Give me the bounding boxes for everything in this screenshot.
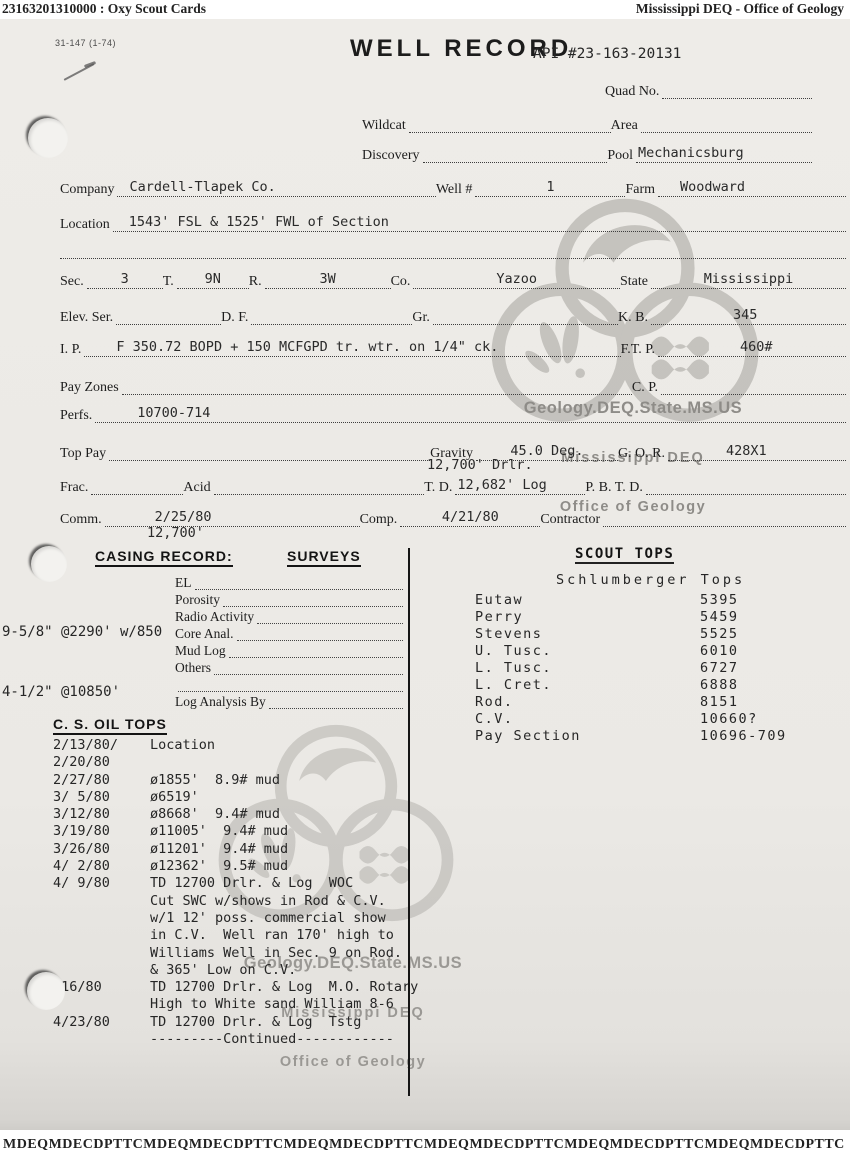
pool-label: Pool: [607, 148, 636, 163]
dotted-line: [229, 642, 403, 658]
footer-sponsor-label: MDEQ: [424, 1137, 470, 1153]
formation-depth: 6010: [700, 643, 820, 660]
survey-label: Core Anal.: [175, 627, 237, 641]
footer-sponsor-label: PTTC: [525, 1137, 564, 1153]
footer-sponsor-label: MDEQ: [704, 1137, 750, 1153]
titlebar-agency: Mississippi DEQ - Office of Geology: [636, 1, 844, 17]
dotted-line: [214, 659, 403, 675]
entry-date: 2/27/80: [53, 772, 150, 789]
entry-date: 3/ 5/80: [53, 789, 150, 806]
perfs-value: 10700-714: [137, 405, 210, 421]
dotted-line: [646, 475, 846, 495]
entry-date: 4/ 2/80: [53, 858, 150, 875]
oil-top-row: 4/ 9/80 TD 12700 Drlr. & Log WOC Cut SWC…: [53, 875, 453, 979]
frac-label: Frac.: [60, 480, 91, 495]
dotted-line: [661, 375, 846, 395]
comp-label: Comp.: [360, 512, 401, 527]
pool-value: Mechanicsburg: [638, 145, 744, 161]
formation-depth: 8151: [700, 694, 820, 711]
survey-row: Radio Activity: [175, 607, 403, 624]
dotted-line: [269, 693, 403, 709]
casing-record-heading: CASING RECORD:: [95, 548, 233, 567]
entry-date: 2/20/80: [53, 754, 150, 771]
dotted-line: [122, 375, 632, 395]
dotted-line: [251, 305, 412, 325]
dotted-line: [109, 441, 430, 461]
hole-punch: [28, 118, 68, 158]
range-label: R.: [249, 274, 265, 289]
ftp-label: F.T. P.: [621, 342, 658, 357]
formation-name: Eutaw: [475, 592, 700, 609]
scanned-scout-card-page: { "titlebar": { "left": "23163201310000 …: [0, 0, 850, 1156]
footer-sponsor-row: MDEQMDECDPTTCMDEQMDECDPTTCMDEQMDECDPTTCM…: [0, 1137, 850, 1156]
field-row-company: Company Cardell-Tlapek Co. Well # 1 Farm…: [60, 176, 846, 197]
footer-sponsor-label: MDECD: [189, 1137, 244, 1153]
survey-label: Others: [175, 661, 214, 675]
viewer-titlebar: 23163201310000 : Oxy Scout Cards Mississ…: [0, 0, 850, 19]
scout-tops-table: Eutaw 5395 Perry 5459 Stevens 5525 U. Tu…: [475, 592, 820, 745]
comm-depth-value: 12,700': [147, 525, 204, 541]
surveys-list: EL Porosity Radio Activity Core Anal. Mu…: [175, 573, 403, 709]
well-number-label: Well #: [436, 182, 476, 197]
footer-sponsor-label: MDECD: [329, 1137, 384, 1153]
footer-sponsor-label: MDEQ: [3, 1137, 49, 1153]
footer-sponsor-label: MDECD: [469, 1137, 524, 1153]
hole-punch: [31, 546, 67, 582]
survey-row: Log Analysis By: [175, 692, 403, 709]
formation-depth: 5395: [700, 592, 820, 609]
scout-top-row: Stevens 5525: [475, 626, 820, 643]
dotted-line: [257, 608, 403, 624]
dotted-line: [433, 305, 618, 325]
titlebar-card-id: 23163201310000 : Oxy Scout Cards: [2, 1, 206, 17]
field-row-perfs: Perfs. 10700-714: [60, 402, 846, 423]
dotted-line: F 350.72 BOPD + 150 MCFGPD tr. wtr. on 1…: [84, 337, 620, 357]
dotted-line: [91, 475, 183, 495]
df-label: D. F.: [221, 310, 251, 325]
dotted-line: [223, 591, 403, 607]
range-value: 3W: [265, 271, 391, 287]
survey-row: [175, 675, 403, 692]
dotted-line: 1543' FSL & 1525' FWL of Section: [113, 212, 846, 232]
oil-top-row: 3/12/80 ø8668' 9.4# mud: [53, 806, 453, 823]
dotted-line: [641, 113, 812, 133]
entry-date: 4/23/80: [53, 1014, 150, 1049]
field-row-elevation: Elev. Ser. D. F. Gr. K. B. 345: [60, 304, 846, 325]
county-label: Co.: [391, 274, 414, 289]
scout-top-row: Pay Section 10696-709: [475, 728, 820, 745]
footer-sponsor-label: MDEQ: [143, 1137, 189, 1153]
survey-label: Radio Activity: [175, 610, 257, 624]
dotted-line: [214, 475, 425, 495]
dotted-line: Mechanicsburg: [636, 143, 812, 163]
comm-label: Comm.: [60, 512, 105, 527]
farm-label: Farm: [625, 182, 658, 197]
dotted-line: Cardell-Tlapek Co.: [117, 177, 435, 197]
column-divider-line: [408, 548, 410, 1096]
field-row-comm: Comm. 2/25/80 Comp. 4/21/80 Contractor: [60, 506, 846, 527]
sec-label: Sec.: [60, 274, 87, 289]
oil-top-row: /16/80 TD 12700 Drlr. & Log M.O. Rotary …: [53, 979, 453, 1014]
location-value: 1543' FSL & 1525' FWL of Section: [129, 214, 389, 230]
formation-name: C.V.: [475, 711, 700, 728]
dotted-line: [662, 79, 812, 99]
scout-top-row: Rod. 8151: [475, 694, 820, 711]
casing-line-1: 9-5/8" @2290' w/850: [2, 621, 162, 643]
survey-row: Core Anal.: [175, 624, 403, 641]
footer-sponsor-label: MDECD: [750, 1137, 805, 1153]
state-label: State: [620, 274, 651, 289]
viewer-footerbar: MDEQMDECDPTTCMDEQMDECDPTTCMDEQMDECDPTTCM…: [0, 1130, 850, 1156]
township-label: T.: [163, 274, 177, 289]
oil-top-row: 3/19/80 ø11005' 9.4# mud: [53, 823, 453, 840]
footer-sponsor-label: MDEQ: [564, 1137, 610, 1153]
formation-depth: 5525: [700, 626, 820, 643]
acid-label: Acid: [183, 480, 213, 495]
scout-top-row: Perry 5459: [475, 609, 820, 626]
oil-top-row: 4/23/80 TD 12700 Drlr. & Log Tstg ------…: [53, 1014, 453, 1049]
discovery-label: Discovery: [362, 148, 423, 163]
field-row-frac: Frac. Acid T. D. 12,682' Log P. B. T. D.: [60, 474, 846, 495]
footer-sponsor-label: PTTC: [385, 1137, 424, 1153]
oil-top-row: 2/13/80/ Location: [53, 737, 453, 754]
td-driller-value: 12,700' Drlr.: [427, 457, 533, 473]
scout-top-row: Eutaw 5395: [475, 592, 820, 609]
dotted-line: 10700-714: [95, 403, 846, 423]
formation-name: Rod.: [475, 694, 700, 711]
scout-tops-heading: SCOUT TOPS: [575, 546, 674, 564]
td-log-value: 12,682' Log: [457, 477, 546, 493]
comp-date-value: 4/21/80: [400, 509, 540, 525]
county-value: Yazoo: [413, 271, 620, 287]
sec-value: 3: [87, 271, 163, 287]
dotted-line: [178, 676, 403, 692]
field-row-location: Location 1543' FSL & 1525' FWL of Sectio…: [60, 211, 846, 232]
field-row-wildcat-area: Wildcat Area: [362, 112, 812, 133]
formation-depth: 6888: [700, 677, 820, 694]
survey-label: EL: [175, 576, 195, 590]
gor-value: 428X1: [726, 443, 767, 459]
dotted-line: [409, 113, 611, 133]
dotted-line: 9N: [177, 269, 249, 289]
well-number-value: 1: [475, 179, 625, 195]
oil-top-row: 2/20/80: [53, 754, 453, 771]
footer-sponsor-label: PTTC: [805, 1137, 844, 1153]
field-row-discovery-pool: Discovery Pool Mechanicsburg: [362, 142, 812, 163]
footer-sponsor-label: MDECD: [49, 1137, 104, 1153]
entry-date: 4/ 9/80: [53, 875, 150, 979]
formation-name: Stevens: [475, 626, 700, 643]
formation-name: Perry: [475, 609, 700, 626]
footer-sponsor-label: MDECD: [610, 1137, 665, 1153]
formation-name: U. Tusc.: [475, 643, 700, 660]
field-row-section: Sec. 3 T. 9N R. 3W Co. Yazoo State Missi…: [60, 268, 846, 289]
kb-value: 345: [733, 307, 757, 323]
location-label: Location: [60, 217, 113, 232]
oil-top-row: 3/ 5/80 ø6519': [53, 789, 453, 806]
footer-sponsor-label: PTTC: [244, 1137, 283, 1153]
casing-line-2: 4-1/2" @10850': [2, 681, 162, 703]
kb-label: K. B.: [618, 310, 651, 325]
company-label: Company: [60, 182, 117, 197]
formation-name: Pay Section: [475, 728, 700, 745]
entry-date: 2/13/80/: [53, 737, 150, 754]
dotted-line: 3: [87, 269, 163, 289]
dotted-line: 3W: [265, 269, 391, 289]
td-label: T. D.: [424, 480, 455, 495]
survey-row: EL: [175, 573, 403, 590]
formation-depth: 10660?: [700, 711, 820, 728]
dotted-line: [423, 143, 608, 163]
area-label: Area: [611, 118, 641, 133]
company-value: Cardell-Tlapek Co.: [129, 179, 275, 195]
dotted-line: [116, 305, 221, 325]
comm-date-value: 2/25/80: [155, 509, 212, 525]
entry-date: /16/80: [53, 979, 150, 1014]
api-number: API #23-163-20131: [533, 46, 681, 62]
survey-row: Others: [175, 658, 403, 675]
ip-label: I. P.: [60, 342, 84, 357]
contractor-label: Contractor: [540, 512, 603, 527]
field-row-quad: Quad No.: [605, 78, 812, 99]
survey-label: Mud Log: [175, 644, 229, 658]
surveys-heading: SURVEYS: [287, 548, 361, 567]
scanned-well-record-card: Geology.DEQ.State.MS.US Mississippi DEQ …: [0, 19, 850, 1130]
formation-name: L. Cret.: [475, 677, 700, 694]
dotted-line: 428X1: [668, 441, 846, 461]
survey-row: Mud Log: [175, 641, 403, 658]
perfs-label: Perfs.: [60, 408, 95, 423]
ip-value: F 350.72 BOPD + 150 MCFGPD tr. wtr. on 1…: [116, 339, 498, 355]
scout-top-row: U. Tusc. 6010: [475, 643, 820, 660]
survey-label: Log Analysis By: [175, 695, 269, 709]
dotted-line: 1: [475, 177, 625, 197]
oil-tops-table: 2/13/80/ Location 2/20/80 2/27/80 ø1855'…: [53, 737, 453, 1048]
field-row-pay-zones: Pay Zones C. P.: [60, 374, 846, 395]
hole-punch: [27, 972, 65, 1010]
entry-date: 3/26/80: [53, 841, 150, 858]
dotted-line: 2/25/80: [105, 507, 360, 527]
scout-top-row: C.V. 10660?: [475, 711, 820, 728]
wildcat-label: Wildcat: [362, 118, 409, 133]
state-value: Mississippi: [651, 271, 846, 287]
cs-oil-tops-heading: C. S. OIL TOPS: [53, 716, 167, 735]
entry-date: 3/19/80: [53, 823, 150, 840]
oil-top-row: 3/26/80 ø11201' 9.4# mud: [53, 841, 453, 858]
farm-value: Woodward: [680, 179, 745, 195]
survey-label: Porosity: [175, 593, 223, 607]
dotted-line: 12,682' Log: [455, 475, 585, 495]
survey-row: Porosity: [175, 590, 403, 607]
gor-label: G. O. R.: [618, 446, 668, 461]
dotted-separator: [60, 238, 846, 259]
field-row-ip: I. P. F 350.72 BOPD + 150 MCFGPD tr. wtr…: [60, 336, 846, 357]
formation-depth: 5459: [700, 609, 820, 626]
pay-zones-label: Pay Zones: [60, 380, 122, 395]
formation-depth: 6727: [700, 660, 820, 677]
scout-top-row: L. Tusc. 6727: [475, 660, 820, 677]
dotted-line: 4/21/80: [400, 507, 540, 527]
ftp-value: 460#: [740, 339, 773, 355]
footer-sponsor-label: PTTC: [104, 1137, 143, 1153]
oil-top-row: 2/27/80 ø1855' 8.9# mud: [53, 772, 453, 789]
cp-label: C. P.: [632, 380, 661, 395]
formation-depth: 10696-709: [700, 728, 820, 745]
quad-label: Quad No.: [605, 84, 662, 99]
dotted-line: Mississippi: [651, 269, 846, 289]
dotted-line: [60, 239, 846, 259]
dotted-line: [195, 574, 404, 590]
dotted-line: [237, 625, 404, 641]
footer-sponsor-label: PTTC: [665, 1137, 704, 1153]
dotted-line: 345: [651, 305, 846, 325]
oil-top-row: 4/ 2/80 ø12362' 9.5# mud: [53, 858, 453, 875]
dotted-line: [603, 507, 846, 527]
formation-name: L. Tusc.: [475, 660, 700, 677]
pbtd-label: P. B. T. D.: [585, 480, 645, 495]
top-pay-label: Top Pay: [60, 446, 109, 461]
dotted-line: Yazoo: [413, 269, 620, 289]
township-value: 9N: [177, 271, 249, 287]
dotted-line: 460#: [658, 337, 846, 357]
entry-date: 3/12/80: [53, 806, 150, 823]
elev-ser-label: Elev. Ser.: [60, 310, 116, 325]
dotted-line: Woodward: [658, 177, 846, 197]
footer-sponsor-label: MDEQ: [284, 1137, 330, 1153]
watermark-office: Office of Geology: [168, 1054, 538, 1071]
form-number: 31-147 (1-74): [55, 38, 116, 48]
gr-label: Gr.: [412, 310, 433, 325]
scout-top-row: L. Cret. 6888: [475, 677, 820, 694]
schlumberger-tops-subheading: Schlumberger Tops: [556, 572, 745, 588]
